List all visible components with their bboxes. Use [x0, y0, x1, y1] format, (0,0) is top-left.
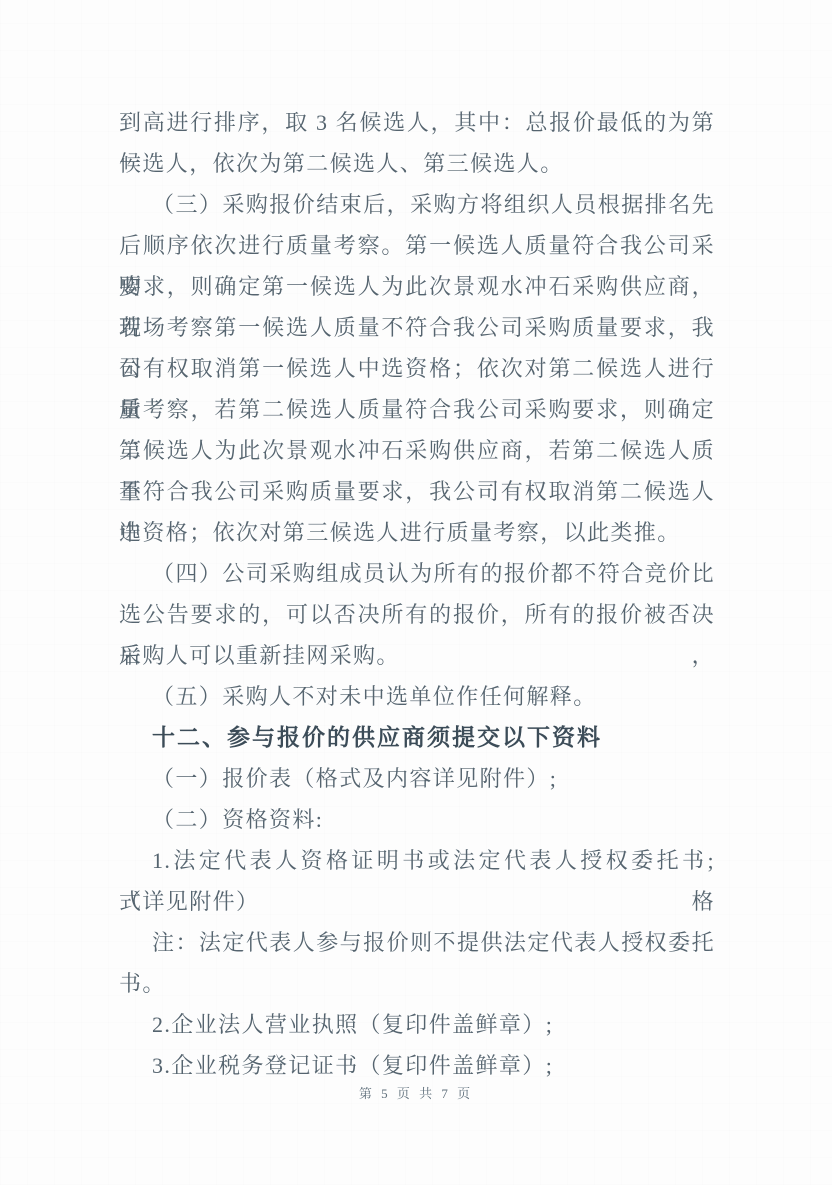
- document-line: 到高进行排序，取 3 名候选人，其中：总报价最低的为第一: [119, 102, 715, 143]
- page-number-footer: 第 5 页 共 7 页: [0, 1084, 832, 1104]
- document-line: 后顺序依次进行质量考察。第一候选人质量符合我公司采购: [119, 225, 715, 266]
- document-line: 选资格；依次对第三候选人进行质量考察，以此类推。: [119, 512, 715, 553]
- document-line: （五）采购人不对未中选单位作任何解释。: [119, 676, 715, 717]
- document-line: （四）公司采购组成员认为所有的报价都不符合竞价比: [119, 553, 715, 594]
- document-line: 司有权取消第一候选人中选资格；依次对第二候选人进行质: [119, 348, 715, 389]
- document-line: 要求，则确定第一候选人为此次景观水冲石采购供应商，若: [119, 266, 715, 307]
- document-line: 书。: [119, 963, 715, 1004]
- document-page: 到高进行排序，取 3 名候选人，其中：总报价最低的为第一 候选人，依次为第二候选…: [119, 102, 715, 1086]
- document-line: 二候选人为此次景观水冲石采购供应商，若第二候选人质量: [119, 430, 715, 471]
- document-line: 现场考察第一候选人质量不符合我公司采购质量要求，我公: [119, 307, 715, 348]
- document-line: （三）采购报价结束后，采购方将组织人员根据排名先: [119, 184, 715, 225]
- document-line: （一）报价表（格式及内容详见附件）;: [119, 758, 715, 799]
- document-line: 3.企业税务登记证书（复印件盖鲜章）;: [119, 1045, 715, 1086]
- document-line: 选公告要求的，可以否决所有的报价，所有的报价被否决后，: [119, 594, 715, 635]
- document-line: 量考察，若第二候选人质量符合我公司采购要求，则确定第: [119, 389, 715, 430]
- document-line: 候选人，依次为第二候选人、第三候选人。: [119, 143, 715, 184]
- document-line: 2.企业法人营业执照（复印件盖鲜章）;: [119, 1004, 715, 1045]
- document-line: 不符合我公司采购质量要求，我公司有权取消第二候选人中: [119, 471, 715, 512]
- document-line: 注：法定代表人参与报价则不提供法定代表人授权委托: [119, 922, 715, 963]
- section-heading: 十二、参与报价的供应商须提交以下资料: [119, 717, 715, 758]
- document-line: 1.法定代表人资格证明书或法定代表人授权委托书;（格: [119, 840, 715, 881]
- document-line: （二）资格资料:: [119, 799, 715, 840]
